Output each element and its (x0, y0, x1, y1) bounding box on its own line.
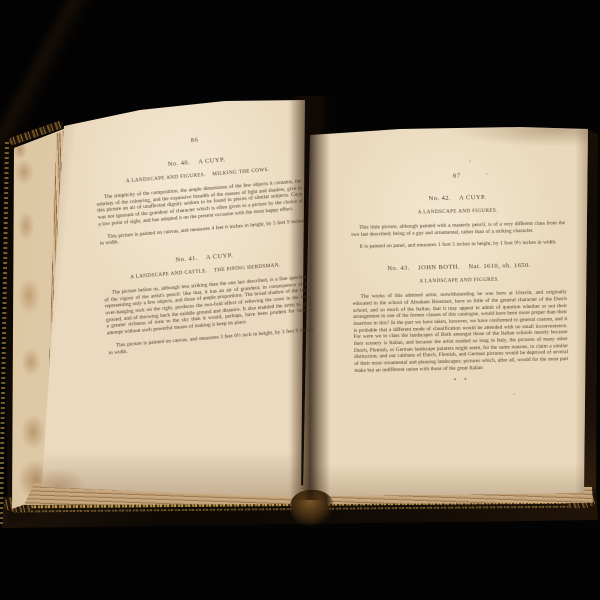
entry-paragraph: The works of this admired artist, notwit… (353, 289, 569, 374)
entry-paragraph: The picture before us, although less str… (104, 274, 313, 337)
entry-paragraph: It is painted on panel, and measures 1 f… (352, 240, 566, 252)
right-page-text: 87 No. 42. A CUYP. A LANDSCAPE AND FIGUR… (350, 171, 569, 385)
left-page-text: 86 No. 40. A CUYP. A LANDSCAPE AND FIGUR… (92, 129, 314, 356)
catalogue-entry-43: No. 43. JOHN BOTH. Nat. 1610, ob. 1650. … (352, 261, 568, 374)
catalogue-entry-42: No. 42. A CUYP. A LANDSCAPE AND FIGURES.… (350, 192, 565, 251)
entry-subheading: A LANDSCAPE AND FIGURES. (351, 206, 565, 217)
catalogue-entry-40: No. 40. A CUYP. A LANDSCAPE AND FIGURES.… (94, 150, 306, 247)
entry-heading: No. 43. JOHN BOTH. Nat. 1610, ob. 1650. (352, 261, 566, 273)
catalogue-entry-41: No. 41. A CUYP. A LANDSCAPE AND CATTLE. … (101, 246, 314, 357)
entry-paragraph: This little picture, although painted wi… (351, 220, 565, 238)
entry-heading: No. 42. A CUYP. (350, 192, 564, 204)
book-photo: 86 No. 40. A CUYP. A LANDSCAPE AND FIGUR… (0, 0, 600, 600)
entry-subheading: A LANDSCAPE AND FIGURES. (352, 275, 566, 286)
